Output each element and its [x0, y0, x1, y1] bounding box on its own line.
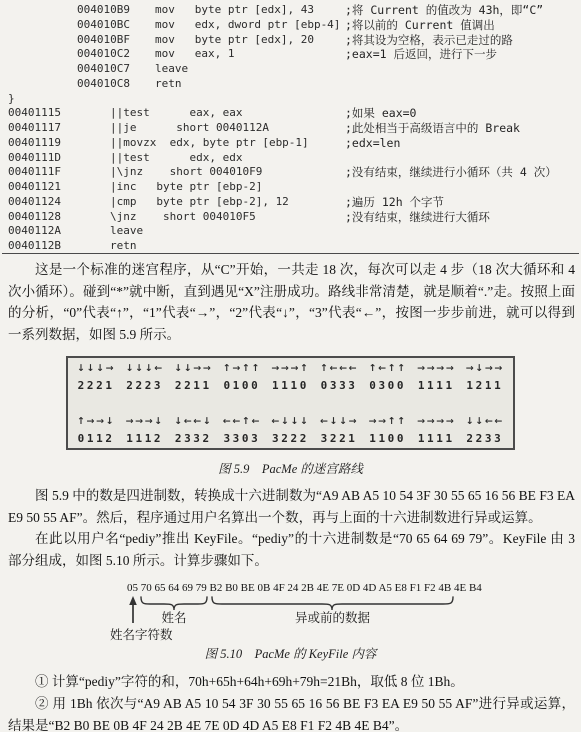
quaternary-digits: 2211 — [174, 377, 212, 394]
quaternary-digits: 3222 — [271, 430, 309, 447]
route-group: ↓↓↓← 2223 — [126, 361, 164, 394]
calculation-step-1: ① 计算“pediy”字符的和，70h+65h+64h+69h+79h=21Bh… — [8, 671, 575, 693]
code-address: 00401124 — [8, 195, 110, 210]
route-group: ↓←←↓ 2332 — [174, 414, 212, 447]
code-line: 0040112Aleave — [8, 224, 578, 239]
code-line: 00401117||je short 0040112A;此处相当于高级语言中的 … — [8, 121, 578, 136]
arrow-sequence: ↓←←↓ — [174, 414, 212, 430]
route-group: →↓→→ 1211 — [466, 361, 504, 394]
code-address: 0040111D — [8, 151, 110, 166]
assembly-listing: 004010B9mov byte ptr [edx], 43;将 Current… — [8, 3, 578, 254]
up-arrow-icon — [127, 596, 139, 624]
route-group: →→↑↑ 1100 — [369, 414, 407, 447]
code-address: 00401115 — [8, 106, 110, 121]
arrow-sequence: ↓↓↓→ — [77, 361, 115, 377]
quaternary-digits: 2221 — [77, 377, 115, 394]
arrow-sequence: ↓↓→→ — [174, 361, 212, 377]
code-comment: ;将以前的 Current 值调出 — [345, 18, 495, 33]
quaternary-digits: 3303 — [223, 430, 261, 447]
quaternary-digits: 1111 — [417, 377, 455, 394]
label-name: 姓名 — [140, 608, 208, 626]
code-address: 004010C8 — [77, 77, 155, 92]
route-group: ↓↓→→ 2211 — [174, 361, 212, 394]
quaternary-digits: 3221 — [320, 430, 358, 447]
code-address: 004010BC — [77, 18, 155, 33]
code-line: 004010C7leave — [8, 62, 578, 77]
route-group: ←↓↓→ 3221 — [320, 414, 358, 447]
code-instruction: ||test eax, eax — [110, 106, 242, 119]
arrow-sequence: ←↓↓↓ — [271, 414, 309, 430]
listing-block-outer: 00401115||test eax, eax;如果 eax=0 0040111… — [8, 106, 578, 254]
calculation-step-2: ② 用 1Bh 依次与“A9 AB A5 10 54 3F 30 55 65 1… — [8, 693, 575, 732]
code-instruction: mov byte ptr [edx], 43 — [155, 3, 314, 16]
code-line: 004010BCmov edx, dword ptr [ebp-4];将以前的 … — [8, 18, 578, 33]
code-address: 00401128 — [8, 210, 110, 225]
quaternary-digits: 2233 — [466, 430, 504, 447]
code-address: 0040112B — [8, 239, 110, 254]
code-instruction: retn — [110, 239, 137, 252]
code-comment: ;eax=1 后返回，进行下一步 — [345, 47, 497, 62]
closing-brace: } — [8, 92, 15, 105]
code-instruction: ||je short 0040112A — [110, 121, 269, 134]
quaternary-digits: 1112 — [126, 430, 164, 447]
route-group: →→→→ 1111 — [417, 361, 455, 394]
code-address: 004010B9 — [77, 3, 155, 18]
route-group: ←←↑← 3303 — [223, 414, 261, 447]
code-address: 004010BF — [77, 33, 155, 48]
figure-5-9-box: ↓↓↓→ 2221 ↓↓↓← 2223 ↓↓→→ 2211 ↑→↑↑ 0100 — [66, 356, 515, 450]
arrow-sequence: →→→→ — [417, 361, 455, 377]
code-instruction: |\jnz short 004010F9 — [110, 165, 262, 178]
arrow-sequence: ↑←↑↑ — [369, 361, 407, 377]
code-comment: ;没有结束，继续进行大循环 — [345, 210, 490, 225]
arrow-sequence: ↑→↑↑ — [223, 361, 261, 377]
quaternary-digits: 0300 — [369, 377, 407, 394]
code-address: 0040112A — [8, 224, 110, 239]
arrow-sequence: →→↑↑ — [369, 414, 407, 430]
code-comment: ;如果 eax=0 — [345, 106, 416, 121]
code-comment: ;将 Current 的值改为 43h，即“C” — [345, 3, 543, 18]
route-group: ↓↓↓→ 2221 — [77, 361, 115, 394]
code-line: 004010BFmov byte ptr [edx], 20;将其设为空格，表示… — [8, 33, 578, 48]
quaternary-digits: 0333 — [320, 377, 358, 394]
section-divider-rule — [2, 253, 579, 254]
code-comment: ;没有结束，继续进行小循环（共 4 次） — [345, 165, 557, 180]
code-line: 00401115||test eax, eax;如果 eax=0 — [8, 106, 578, 121]
label-xor-data: 异或前的数据 — [211, 608, 454, 626]
code-line: 004010B9mov byte ptr [edx], 43;将 Current… — [8, 3, 578, 18]
quaternary-digits: 1211 — [466, 377, 504, 394]
code-line: 0040112Bretn — [8, 239, 578, 254]
code-comment: ;遍历 12h 个字节 — [345, 195, 444, 210]
code-line: 004010C2mov eax, 1;eax=1 后返回，进行下一步 — [8, 47, 578, 62]
figure-5-10-caption: 图 5.10 PacMe 的 KeyFile 内容 — [0, 644, 581, 662]
code-line: 00401128\jnz short 004010F5;没有结束，继续进行大循环 — [8, 210, 578, 225]
code-address: 004010C7 — [77, 62, 155, 77]
code-instruction: ||movzx edx, byte ptr [ebp-1] — [110, 136, 309, 149]
route-group: →→→↓ 1112 — [126, 414, 164, 447]
code-instruction: \jnz short 004010F5 — [110, 210, 256, 223]
arrow-sequence: →↓→→ — [466, 361, 504, 377]
code-instruction: leave — [155, 62, 188, 75]
closing-brace-line: } — [8, 92, 578, 107]
code-instruction: leave — [110, 224, 143, 237]
route-group: ←↓↓↓ 3222 — [271, 414, 309, 447]
arrow-sequence: ↑→→↓ — [77, 414, 115, 430]
code-line: 00401119||movzx edx, byte ptr [ebp-1];ed… — [8, 136, 578, 151]
code-comment: ;此处相当于高级语言中的 Break — [345, 121, 520, 136]
code-comment: ;edx=len — [345, 136, 400, 151]
route-group: →→→↑ 1110 — [271, 361, 309, 394]
route-group: ↓↓←← 2233 — [466, 414, 504, 447]
paragraph-maze-intro: 这是一个标准的迷宫程序，从“C”开始，一共走 18 次，每次可以走 4 步（18… — [8, 259, 575, 345]
listing-block-inner: 004010B9mov byte ptr [edx], 43;将 Current… — [8, 3, 578, 92]
arrow-sequence: →→→↓ — [126, 414, 164, 430]
maze-route-row-2: ↑→→↓ 0112 →→→↓ 1112 ↓←←↓ 2332 ←←↑← 3303 — [68, 414, 513, 447]
arrow-sequence: ↑←←← — [320, 361, 358, 377]
paragraph-hex-conversion: 图 5.9 中的数是四进制数，转换成十六进制数为“A9 AB A5 10 54 … — [8, 485, 575, 528]
quaternary-digits: 0112 — [77, 430, 115, 447]
code-address: 00401117 — [8, 121, 110, 136]
code-line: 00401121|inc byte ptr [ebp-2] — [8, 180, 578, 195]
quaternary-digits: 1100 — [369, 430, 407, 447]
code-address: 00401119 — [8, 136, 110, 151]
route-group: →→→→ 1111 — [417, 414, 455, 447]
code-instruction: |cmp byte ptr [ebp-2], 12 — [110, 195, 289, 208]
code-comment: ;将其设为空格，表示已走过的路 — [345, 33, 513, 48]
label-name-length: 姓名字符数 — [110, 625, 173, 643]
quaternary-digits: 2332 — [174, 430, 212, 447]
code-address: 0040111F — [8, 165, 110, 180]
quaternary-digits: 1110 — [271, 377, 309, 394]
arrow-sequence: →→→→ — [417, 414, 455, 430]
code-line: 0040111D||test edx, edx — [8, 151, 578, 166]
code-instruction: ||test edx, edx — [110, 151, 242, 164]
code-line: 004010C8retn — [8, 77, 578, 92]
arrow-sequence: ↓↓↓← — [126, 361, 164, 377]
code-address: 004010C2 — [77, 47, 155, 62]
keyfile-hex-string: 05 70 65 64 69 79 B2 B0 BE 0B 4F 24 2B 4… — [127, 582, 482, 594]
route-group: ↑→→↓ 0112 — [77, 414, 115, 447]
quaternary-digits: 2223 — [126, 377, 164, 394]
code-line: 0040111F|\jnz short 004010F9;没有结束，继续进行小循… — [8, 165, 578, 180]
code-instruction: mov edx, dword ptr [ebp-4] — [155, 18, 340, 31]
quaternary-digits: 1111 — [417, 430, 455, 447]
arrow-sequence: →→→↑ — [271, 361, 309, 377]
code-line: 00401124|cmp byte ptr [ebp-2], 12;遍历 12h… — [8, 195, 578, 210]
code-instruction: retn — [155, 77, 182, 90]
route-group: ↑←↑↑ 0300 — [369, 361, 407, 394]
maze-route-row-1: ↓↓↓→ 2221 ↓↓↓← 2223 ↓↓→→ 2211 ↑→↑↑ 0100 — [68, 361, 513, 394]
code-instruction: mov byte ptr [edx], 20 — [155, 33, 314, 46]
code-instruction: mov eax, 1 — [155, 47, 234, 60]
code-instruction: |inc byte ptr [ebp-2] — [110, 180, 262, 193]
arrow-sequence: ←↓↓→ — [320, 414, 358, 430]
paragraph-keyfile-intro: 在此以用户名“pediy”推出 KeyFile。“pediy”的十六进制数是“7… — [8, 528, 575, 571]
route-group: ↑→↑↑ 0100 — [223, 361, 261, 394]
arrow-sequence: ←←↑← — [223, 414, 261, 430]
figure-5-9-caption: 图 5.9 PacMe 的迷宫路线 — [0, 459, 581, 477]
arrow-sequence: ↓↓←← — [466, 414, 504, 430]
route-group: ↑←←← 0333 — [320, 361, 358, 394]
code-address: 00401121 — [8, 180, 110, 195]
quaternary-digits: 0100 — [223, 377, 261, 394]
